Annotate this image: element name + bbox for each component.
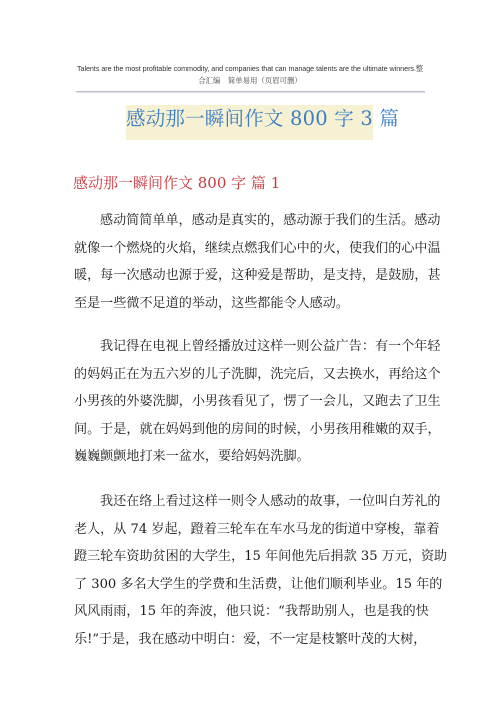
paragraph-2: 我记得在电视上曾经播放过这样一则公益广告：有一个年轻 的妈妈正在为五六岁的儿子洗… — [74, 333, 430, 471]
paragraph-line: 就像一个燃烧的火焰，继续点燃我们心中的火，使我们的心中温 — [74, 235, 430, 263]
paragraph-line: 乐!”于是，我在感动中明白：爱，不一定是枝繁叶茂的大树， — [74, 626, 430, 654]
paragraph-line: 风风雨雨，15 年的奔波，他只说：“我帮助别人，也是我的快 — [74, 598, 430, 626]
paragraph-1: 感动简简单单，感动是真实的，感动源于我们的生活。感动 就像一个燃烧的火焰，继续点… — [74, 207, 430, 317]
paragraph-line: 的妈妈正在为五六岁的儿子洗脚，洗完后，又去换水，再给这个 — [74, 361, 430, 389]
paragraph-line: 我记得在电视上曾经播放过这样一则公益广告：有一个年轻 — [74, 333, 430, 361]
document-title: 感动那一瞬间作文 800 字 3 篇 — [126, 106, 373, 132]
paragraph-3: 我还在络上看过这样一则令人感动的故事，一位叫白芳礼的 老人，从 74 岁起，蹬着… — [74, 488, 430, 654]
page-header: Talents are the most profitable commodit… — [75, 64, 425, 86]
paragraph-line: 蹬三轮车资助贫困的大学生，15 年间他先后捐款 35 万元，资助 — [74, 543, 430, 571]
paragraph-line: 暖，每一次感动也源于爱，这种爱是帮助，是支持，是鼓励，甚 — [74, 262, 430, 290]
paragraph-line: 小男孩的外婆洗脚，小男孩看见了，愣了一会儿，又跑去了卫生 — [74, 388, 430, 416]
paragraph-line: 感动简简单单，感动是真实的，感动源于我们的生活。感动 — [74, 207, 430, 235]
header-english-text: Talents are the most profitable commodit… — [75, 64, 425, 74]
paragraph-line: 至是一些微不足道的举动，这些都能令人感动。 — [74, 290, 430, 318]
paragraph-line: 老人，从 74 岁起，蹬着三轮车在车水马龙的街道中穿梭，靠着 — [74, 516, 430, 544]
paragraph-line: 巍巍颤颤地打来一盆水，要给妈妈洗脚。 — [74, 443, 430, 471]
paragraph-line: 间。于是，就在妈妈到他的房间的时候，小男孩用稚嫩的双手， — [74, 416, 430, 444]
header-chinese-text: 合汇编 简单易用（页眉可删） — [75, 75, 425, 86]
paragraph-line: 了 300 多名大学生的学费和生活费，让他们顺利毕业。15 年的 — [74, 571, 430, 599]
section-heading: 感动那一瞬间作文 800 字 篇 1 — [73, 172, 280, 194]
paragraph-line: 我还在络上看过这样一则令人感动的故事，一位叫白芳礼的 — [74, 488, 430, 516]
header-divider — [76, 91, 425, 92]
